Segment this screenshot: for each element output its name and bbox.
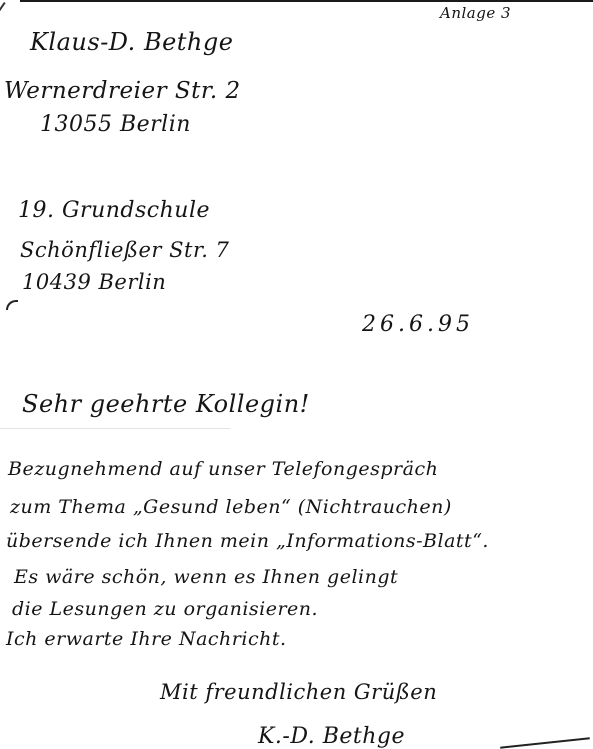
top-border-line xyxy=(20,0,593,2)
recipient-line-1: 19. Grundschule xyxy=(18,198,210,223)
body-line: zum Thema „Gesund leben“ (Nichtrauchen) xyxy=(10,496,452,518)
sender-street: Wernerdreier Str. 2 xyxy=(4,78,241,104)
sender-city: 13055 Berlin xyxy=(40,112,191,137)
corner-pen-stroke xyxy=(0,2,6,21)
body-line: übersende ich Ihnen mein „Informations-B… xyxy=(6,530,489,552)
letter-date: 26.6.95 xyxy=(362,312,474,337)
body-line: Es wäre schön, wenn es Ihnen gelingt xyxy=(14,566,398,588)
body-line: Bezugnehmend auf unser Telefongespräch xyxy=(8,458,438,480)
body-line: Ich erwarte Ihre Nachricht. xyxy=(6,628,287,650)
salutation: Sehr geehrte Kollegin! xyxy=(22,390,310,418)
sender-name: Klaus-D. Bethge xyxy=(30,28,233,56)
signature: K.-D. Bethge xyxy=(258,724,405,749)
annex-label: Anlage 3 xyxy=(440,4,511,22)
body-line: die Lesungen zu organisieren. xyxy=(12,598,318,620)
faint-scan-line xyxy=(0,428,230,429)
recipient-line-2: Schönfließer Str. 7 xyxy=(20,238,229,262)
closing-phrase: Mit freundlichen Grüßen xyxy=(160,680,437,704)
punch-mark xyxy=(6,300,18,310)
signature-underline xyxy=(500,737,590,748)
recipient-line-3: 10439 Berlin xyxy=(22,270,166,294)
